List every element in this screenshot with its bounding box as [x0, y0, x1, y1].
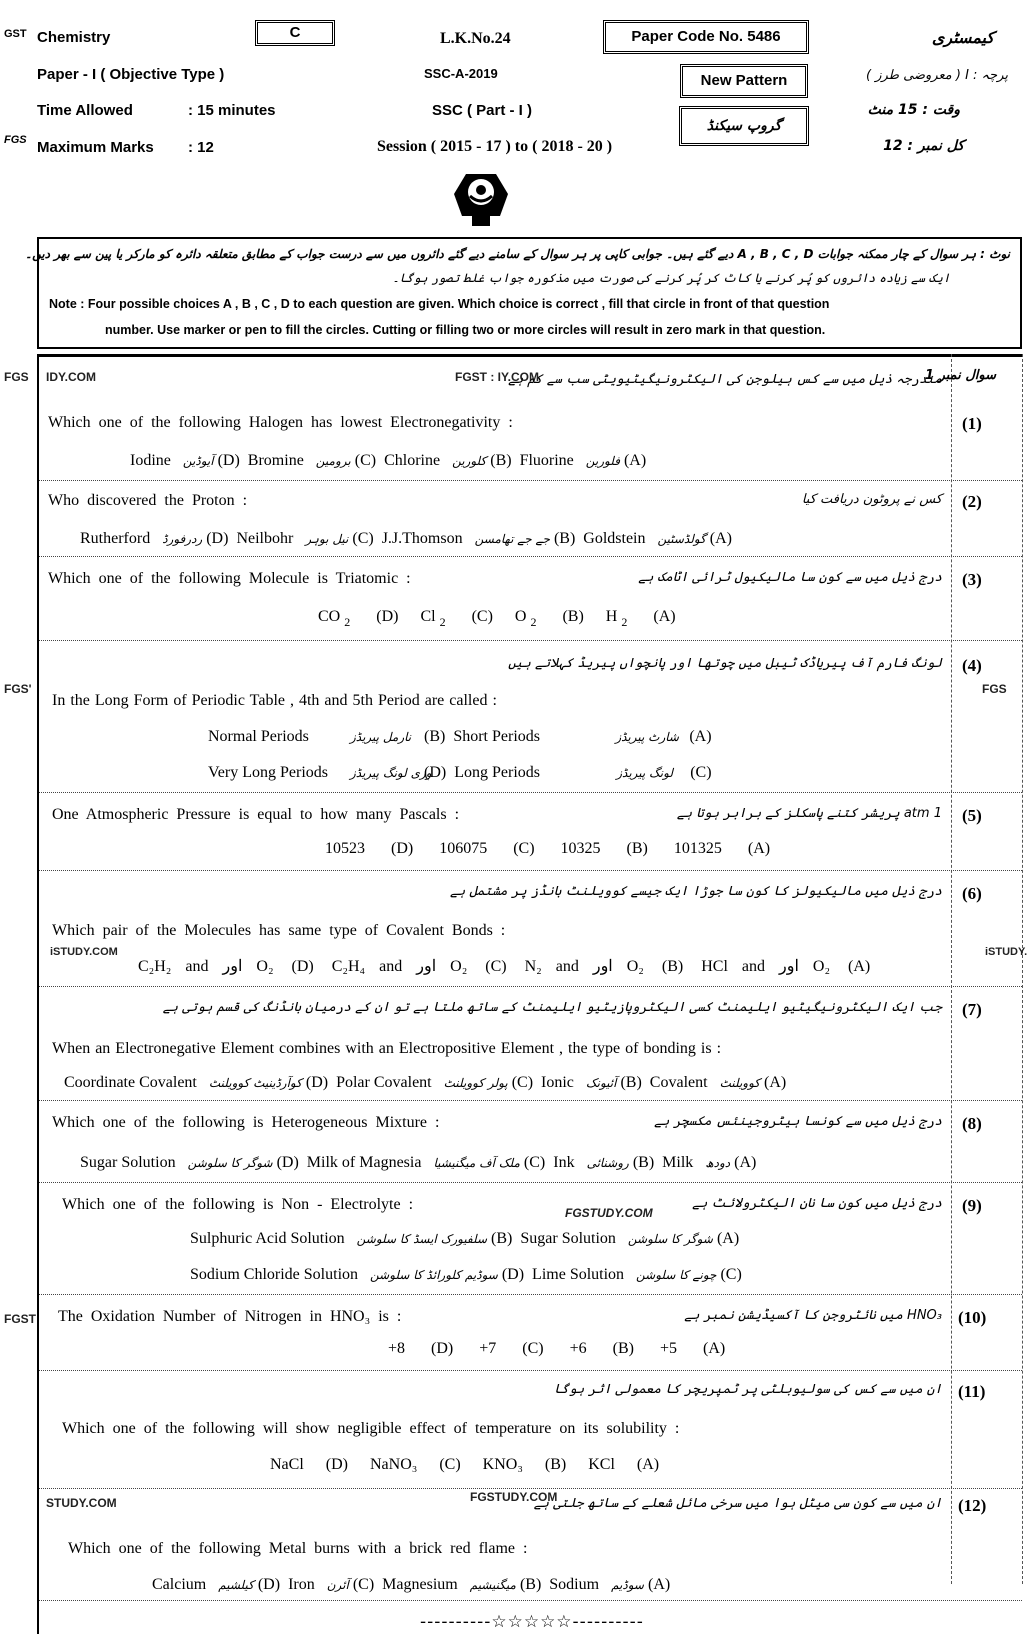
option-a-urdu: دودھ — [705, 1156, 730, 1170]
time-value: : 15 minutes — [188, 102, 276, 119]
session-label: Session ( 2015 - 17 ) to ( 2018 - 20 ) — [377, 138, 612, 156]
option-b-label: Ink — [553, 1154, 574, 1171]
option-d-key[interactable]: (D) — [424, 764, 446, 781]
option-b-label: Sulphuric Acid Solution — [190, 1230, 345, 1247]
question-12-urdu: ان میں سے کون سی میٹل ہوا میں سرخی مائل … — [534, 1496, 942, 1511]
question-12-number: (12) — [958, 1496, 986, 1516]
number-column-divider — [951, 354, 952, 1584]
question-1-urdu: مندرجہ ذیل میں سے کس ہیلوجن کی الیکٹرونی… — [508, 372, 942, 387]
option-d-urdu: سوڈیم کلورائڈ کا سلوشن — [370, 1268, 498, 1282]
option-c-label: NaNO₃ — [370, 1456, 417, 1473]
option-b-key[interactable]: (B) — [620, 1074, 641, 1091]
option-a-urdu: سوڈیم — [611, 1578, 644, 1592]
option-c-label: +7 — [479, 1340, 496, 1357]
question-10-number: (10) — [958, 1308, 986, 1328]
watermark: STUDY.COM — [46, 1496, 117, 1510]
option-b-key[interactable]: (B) — [490, 452, 511, 469]
option-a-key[interactable]: (A) — [703, 1340, 725, 1357]
row-divider — [39, 870, 1022, 871]
paper-code-box: Paper Code No. 5486 — [603, 20, 809, 54]
option-c-label: C₂H₄ and اور O₂ — [332, 958, 468, 975]
question-4-options-row-1: Normal Periodsنارمل پیریڈز(B) Short Peri… — [208, 728, 716, 746]
option-a-urdu: شوگر کا سلوشن — [628, 1232, 713, 1246]
option-d-label: NaCl — [270, 1456, 304, 1473]
option-a-key[interactable]: (A) — [624, 452, 646, 469]
row-divider — [39, 1182, 1022, 1183]
option-d-urdu: وری لونگ پیریڈز — [350, 766, 420, 780]
question-1-text: Which one of the following Halogen has l… — [48, 414, 513, 432]
group-urdu-box: گروپ سیکنڈ — [679, 106, 809, 146]
new-pattern-box: New Pattern — [680, 64, 808, 98]
option-a-label: Short Periods — [453, 728, 603, 746]
option-c-urdu: ملک آف میگنیشیا — [433, 1156, 519, 1170]
note-urdu-line-1: نوٹ : ہر سوال کے چار ممکنہ جوابات A , B … — [25, 247, 1010, 261]
option-d-label: C₂H₂ and اور O₂ — [138, 958, 274, 975]
option-a-urdu: کوویلنٹ — [720, 1076, 760, 1090]
paper-label: Paper - I ( Objective Type ) — [37, 66, 224, 83]
option-b-label: Magnesium — [382, 1576, 458, 1593]
question-11-number: (11) — [958, 1382, 985, 1402]
question-6-text: Which pair of the Molecules has same typ… — [52, 922, 505, 940]
watermark: IDY.COM — [46, 370, 96, 384]
question-5-text: One Atmospheric Pressure is equal to how… — [52, 806, 459, 824]
option-d-key[interactable]: (D) — [206, 530, 228, 547]
question-10-options: +8 (D) +7 (C) +6 (B) +5 (A) — [388, 1340, 729, 1358]
option-b-urdu: آئیونک — [586, 1076, 617, 1090]
option-c-urdu: آئرن — [327, 1578, 349, 1592]
option-a-key[interactable]: (A) — [710, 530, 732, 547]
option-d-key[interactable]: (D) — [258, 1576, 280, 1593]
question-6-number: (6) — [962, 884, 982, 904]
question-9-options-row-2: Sodium Chloride Solutionسوڈیم کلورائڈ کا… — [190, 1266, 746, 1284]
watermark: GST — [4, 28, 27, 40]
option-d-urdu: کیلشیم — [218, 1578, 254, 1592]
question-1-options: Iodineآیوڈین(D) Bromineبرومین(C) Chlorin… — [130, 452, 650, 470]
option-a-label: +5 — [660, 1340, 677, 1357]
option-b-label: KNO₃ — [483, 1456, 523, 1473]
question-3-urdu: درج ذیل میں سے کون سا مالیکیول ٹرائی اٹا… — [638, 570, 942, 585]
urdu-time: وقت : 15 منٹ — [868, 102, 960, 118]
option-b-label: N₂ and اور O₂ — [525, 958, 644, 975]
option-d-label: Iodine — [130, 452, 171, 469]
option-b-label: J.J.Thomson — [382, 530, 463, 547]
question-4-urdu: لونگ فارم آف پیریاڈک ٹیبل میں چوتھا اور … — [508, 656, 942, 671]
option-a-key[interactable]: (A) — [764, 1074, 786, 1091]
option-c-label: Lime Solution — [532, 1266, 624, 1283]
option-b-label: +6 — [570, 1340, 587, 1357]
row-divider — [39, 986, 1022, 987]
note-urdu-line-2: ایک سے زیادہ دائروں کو پُر کرنے یا کاٹ ک… — [392, 271, 950, 285]
option-b-label: Chlorine — [384, 452, 440, 469]
option-b-urdu: میگنیشیم — [470, 1578, 516, 1592]
question-8-options: Sugar Solutionشوگر کا سلوشن(D) Milk of M… — [80, 1154, 760, 1172]
row-divider — [39, 480, 1022, 481]
question-9-urdu: درج ذیل میں کون سا نان الیکٹرولائٹ ہے — [692, 1196, 942, 1211]
note-english-line-2: number. Use marker or pen to fill the ci… — [105, 323, 825, 337]
option-b-key[interactable]: (B) — [633, 1154, 654, 1171]
question-9-text: Which one of the following is Non - Elec… — [62, 1196, 413, 1214]
question-6-urdu: درج ذیل میں مالیکیولز کا کون سا جوڑا ایک… — [450, 884, 942, 899]
option-a-label: KCl — [588, 1456, 615, 1473]
row-divider — [39, 1600, 1022, 1601]
question-6-options: C₂H₂ and اور O₂ (D) C₂H₄ and اور O₂ (C) … — [138, 956, 874, 976]
question-9-number: (9) — [962, 1196, 982, 1216]
question-10-urdu: HNO₃ میں نائٹروجن کا آکسیڈیشن نمبر ہے — [684, 1308, 942, 1323]
option-a-key[interactable]: (A) — [689, 728, 711, 745]
option-a-label: H2 — [606, 608, 632, 625]
option-a-key[interactable]: (A) — [748, 840, 770, 857]
row-divider — [39, 1294, 1022, 1295]
option-c-urdu: لونگ پیریڈز — [616, 766, 686, 780]
urdu-subject: کیمسٹری — [932, 28, 994, 47]
question-2-options: Rutherfordردرفورڈ(D) Neilbohrنیل بوہر(C)… — [80, 530, 736, 548]
option-b-key[interactable]: (B) — [424, 728, 445, 745]
option-d-label: +8 — [388, 1340, 405, 1357]
option-b-key[interactable]: (B) — [491, 1230, 512, 1247]
question-7-number: (7) — [962, 1000, 982, 1020]
question-12-text: Which one of the following Metal burns w… — [68, 1540, 527, 1558]
option-c-key[interactable]: (C) — [353, 1576, 374, 1593]
option-b-urdu: روشنائی — [587, 1156, 629, 1170]
option-b-key[interactable]: (B) — [545, 1456, 566, 1473]
option-a-label: HCl and اور O₂ — [701, 958, 830, 975]
option-c-key[interactable]: (C) — [720, 1266, 741, 1283]
option-d-key[interactable]: (D) — [431, 1340, 453, 1357]
question-3-options: CO2 (D) Cl2 (C) O2 (B) H2 (A) — [318, 608, 680, 630]
option-a-key[interactable]: (A) — [717, 1230, 739, 1247]
option-c-label: Long Periods — [454, 764, 604, 782]
question-12-options: Calciumکیلشیم(D) Ironآئرن(C) Magnesiumمی… — [152, 1576, 674, 1594]
option-d-urdu: ردرفورڈ — [162, 532, 202, 546]
option-d-label: Calcium — [152, 1576, 206, 1593]
option-a-label: Sodium — [549, 1576, 599, 1593]
group-urdu-text: گروپ سیکنڈ — [707, 118, 781, 134]
time-label: Time Allowed — [37, 102, 133, 119]
question-11-urdu: ان میں سے کس کی سولیوبلٹی پر ٹمپریچر کا … — [554, 1382, 942, 1397]
end-of-paper-stars: ----------☆☆☆☆☆---------- — [420, 1612, 644, 1632]
option-a-key[interactable]: (A) — [648, 1576, 670, 1593]
option-a-label: 101325 — [674, 840, 722, 857]
watermark: FGS — [982, 682, 1007, 696]
marks-value: : 12 — [188, 139, 214, 156]
question-3-text: Which one of the following Molecule is T… — [48, 570, 411, 588]
watermark: iSTUDY. — [985, 946, 1027, 958]
option-d-label: Very Long Periods — [208, 764, 338, 782]
table-right-edge — [1022, 354, 1023, 1584]
option-d-urdu: آیوڈین — [183, 454, 214, 468]
option-c-label: Polar Covalent — [336, 1074, 432, 1091]
watermark: FGS' — [4, 682, 32, 696]
option-d-key[interactable]: (D) — [306, 1074, 328, 1091]
question-4-text: In the Long Form of Periodic Table , 4th… — [52, 692, 497, 710]
urdu-marks: کل نمبر : 12 — [883, 138, 964, 154]
option-c-key[interactable]: (C) — [690, 764, 711, 781]
option-d-key[interactable]: (D) — [376, 608, 398, 625]
option-c-key[interactable]: (C) — [512, 1074, 533, 1091]
option-b-key[interactable]: (B) — [562, 608, 583, 625]
option-b-label: 10325 — [561, 840, 601, 857]
question-7-text: When an Electronegative Element combines… — [52, 1040, 721, 1058]
option-c-urdu: نیل بوہر — [305, 532, 348, 546]
question-8-text: Which one of the following is Heterogene… — [52, 1114, 439, 1132]
option-b-key[interactable]: (B) — [613, 1340, 634, 1357]
question-5-urdu: 1 atm پریشر کتنے پاسکلز کے برابر ہوتا ہے — [677, 806, 942, 821]
board-logo-icon — [452, 170, 510, 228]
option-c-label: Iron — [288, 1576, 315, 1593]
question-11-options: NaCl (D) NaNO₃ (C) KNO₃ (B) KCl (A) — [270, 1456, 663, 1474]
question-2-text: Who discovered the Proton : — [48, 492, 247, 510]
option-b-label: Ionic — [541, 1074, 574, 1091]
option-c-key[interactable]: (C) — [352, 530, 373, 547]
option-a-label: Covalent — [650, 1074, 708, 1091]
watermark: iSTUDY.COM — [50, 946, 118, 958]
option-a-label: Goldstein — [583, 530, 645, 547]
option-c-urdu: چونے کا سلوشن — [636, 1268, 716, 1282]
marks-label: Maximum Marks — [37, 139, 154, 156]
question-1-number: (1) — [962, 414, 982, 434]
option-c-urdu: برومین — [316, 454, 351, 468]
option-c-key[interactable]: (C) — [513, 840, 534, 857]
option-b-key[interactable]: (B) — [520, 1576, 541, 1593]
row-divider — [39, 1488, 1022, 1489]
option-a-key[interactable]: (A) — [637, 1456, 659, 1473]
urdu-paper: پرچہ : I ( معروضی طرز ) — [866, 68, 1008, 83]
exam-label: SSC-A-2019 — [424, 66, 498, 81]
option-d-key[interactable]: (D) — [391, 840, 413, 857]
option-d-key[interactable]: (D) — [502, 1266, 524, 1283]
option-b-urdu: سلفیورک ایسڈ کا سلوشن — [357, 1232, 487, 1246]
option-a-urdu: شارٹ پیریڈز — [615, 730, 685, 744]
option-c-label: Neilbohr — [236, 530, 293, 547]
option-a-key[interactable]: (A) — [848, 958, 870, 975]
option-d-key[interactable]: (D) — [277, 1154, 299, 1171]
question-7-urdu: جب ایک الیکٹرونیگیٹیو ایلیمنٹ کسی الیکٹر… — [163, 1000, 942, 1015]
option-c-label: 106075 — [439, 840, 487, 857]
option-b-key[interactable]: (B) — [554, 530, 575, 547]
option-d-label: Sodium Chloride Solution — [190, 1266, 358, 1283]
option-a-urdu: گولڈسٹین — [657, 532, 705, 546]
option-a-label: Fluorine — [520, 452, 574, 469]
question-9-options-row-1: Sulphuric Acid Solutionسلفیورک ایسڈ کا س… — [190, 1230, 743, 1248]
option-c-key[interactable]: (C) — [522, 1340, 543, 1357]
note-english-line-1: Note : Four possible choices A , B , C ,… — [49, 297, 829, 311]
option-b-key[interactable]: (B) — [627, 840, 648, 857]
question-8-urdu: درج ذیل میں سے کونسا ہیٹروجینئس مکسچر ہے — [654, 1114, 942, 1129]
row-divider — [39, 556, 1022, 557]
option-a-label: Milk — [662, 1154, 693, 1171]
option-d-label: Rutherford — [80, 530, 150, 547]
group-code-box: C — [255, 20, 335, 46]
option-a-urdu: فلورین — [586, 454, 620, 468]
watermark: FGS — [4, 370, 29, 384]
option-d-urdu: کوآرڈینیٹ کوویلنٹ — [209, 1076, 302, 1090]
option-d-label: CO2 — [318, 608, 354, 625]
option-d-key[interactable]: (D) — [218, 452, 240, 469]
watermark: FGS — [4, 134, 27, 146]
row-divider — [39, 1370, 1022, 1371]
option-c-key[interactable]: (C) — [355, 452, 376, 469]
option-c-key[interactable]: (C) — [524, 1154, 545, 1171]
part-label: SSC ( Part - I ) — [432, 102, 532, 119]
option-b-key[interactable]: (B) — [662, 958, 683, 975]
option-c-label: Bromine — [248, 452, 304, 469]
option-c-label: Milk of Magnesia — [307, 1154, 422, 1171]
row-divider — [39, 1100, 1022, 1101]
option-a-label: Sugar Solution — [520, 1230, 616, 1247]
watermark: FGSTUDY.COM — [565, 1206, 653, 1220]
question-4-number: (4) — [962, 656, 982, 676]
option-a-key[interactable]: (A) — [734, 1154, 756, 1171]
watermark: FGST — [4, 1312, 36, 1326]
option-b-urdu: نارمل پیریڈز — [350, 730, 420, 744]
question-3-number: (3) — [962, 570, 982, 590]
option-c-key[interactable]: (C) — [485, 958, 506, 975]
option-c-key[interactable]: (C) — [439, 1456, 460, 1473]
option-d-label: 10523 — [325, 840, 365, 857]
question-7-options: Coordinate Covalentکوآرڈینیٹ کوویلنٹ(D) … — [64, 1074, 790, 1092]
option-c-label: Cl2 — [420, 608, 449, 625]
lk-number: L.K.No.24 — [440, 30, 511, 48]
row-divider — [39, 640, 1022, 641]
option-c-key[interactable]: (C) — [472, 608, 493, 625]
subject-label: Chemistry — [37, 29, 110, 46]
question-10-text: The Oxidation Number of Nitrogen in HNO₃… — [58, 1308, 401, 1326]
option-b-label: O2 — [515, 608, 541, 625]
row-divider — [39, 792, 1022, 793]
question-11-text: Which one of the following will show neg… — [62, 1420, 679, 1438]
question-2-number: (2) — [962, 492, 982, 512]
instructions-box: نوٹ : ہر سوال کے چار ممکنہ جوابات A , B … — [37, 237, 1022, 349]
option-d-key[interactable]: (D) — [292, 958, 314, 975]
option-b-urdu: جے جے تھامسن — [475, 532, 550, 546]
option-b-urdu: کلورین — [452, 454, 486, 468]
question-5-number: (5) — [962, 806, 982, 826]
option-d-key[interactable]: (D) — [326, 1456, 348, 1473]
option-a-key[interactable]: (A) — [653, 608, 675, 625]
question-2-urdu: کس نے پروٹون دریافت کیا — [802, 492, 942, 507]
question-4-options-row-2: Very Long Periodsوری لونگ پیریڈز(D) Long… — [208, 764, 716, 782]
option-c-urdu: پولر کوویلنٹ — [444, 1076, 508, 1090]
option-d-label: Coordinate Covalent — [64, 1074, 197, 1091]
question-8-number: (8) — [962, 1114, 982, 1134]
question-5-options: 10523 (D) 106075 (C) 10325 (B) 101325 (A… — [325, 840, 774, 858]
option-b-label: Normal Periods — [208, 728, 338, 746]
option-d-urdu: شوگر کا سلوشن — [188, 1156, 273, 1170]
option-d-label: Sugar Solution — [80, 1154, 176, 1171]
